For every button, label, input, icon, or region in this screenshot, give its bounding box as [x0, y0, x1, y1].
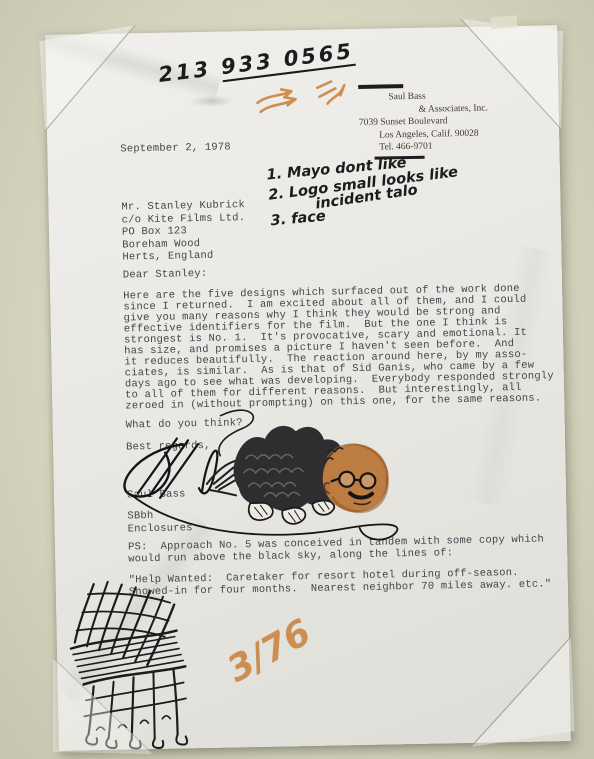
fish-caricature-drawing [206, 424, 390, 526]
signature-and-fish-drawing [102, 395, 465, 554]
photographed-letter-scene: 213 933 0565 Saul Bass & Associates, Inc… [0, 0, 594, 759]
mounting-corner-bottom-right [453, 627, 575, 749]
grid-sketch-drawing [58, 580, 209, 749]
letter-body: Here are the five designs which surfaced… [123, 283, 554, 412]
phone-prefix: 213 [157, 55, 223, 87]
salutation: Dear Stanley: [123, 268, 208, 282]
recipient-address: Mr. Stanley Kubrick c/o Kite Films Ltd. … [121, 199, 246, 264]
letter-date: September 2, 1978 [120, 141, 231, 156]
letter-paper: 213 933 0565 Saul Bass & Associates, Inc… [45, 25, 571, 751]
phone-underlined-part: 933 0565 [220, 39, 356, 82]
letterhead-rule-top [358, 84, 403, 89]
letterhead-block: Saul Bass & Associates, Inc. 7039 Sunset… [358, 81, 544, 159]
tape-strip [491, 15, 518, 29]
mounting-corner-top-left [39, 25, 151, 137]
pencil-smudge [188, 95, 234, 107]
orange-scribble-marks [251, 77, 362, 124]
handwritten-date-mark: 3/76 [221, 612, 318, 691]
handwritten-notes: 1. Mayo dont like 2. Logo small looks li… [266, 145, 521, 229]
